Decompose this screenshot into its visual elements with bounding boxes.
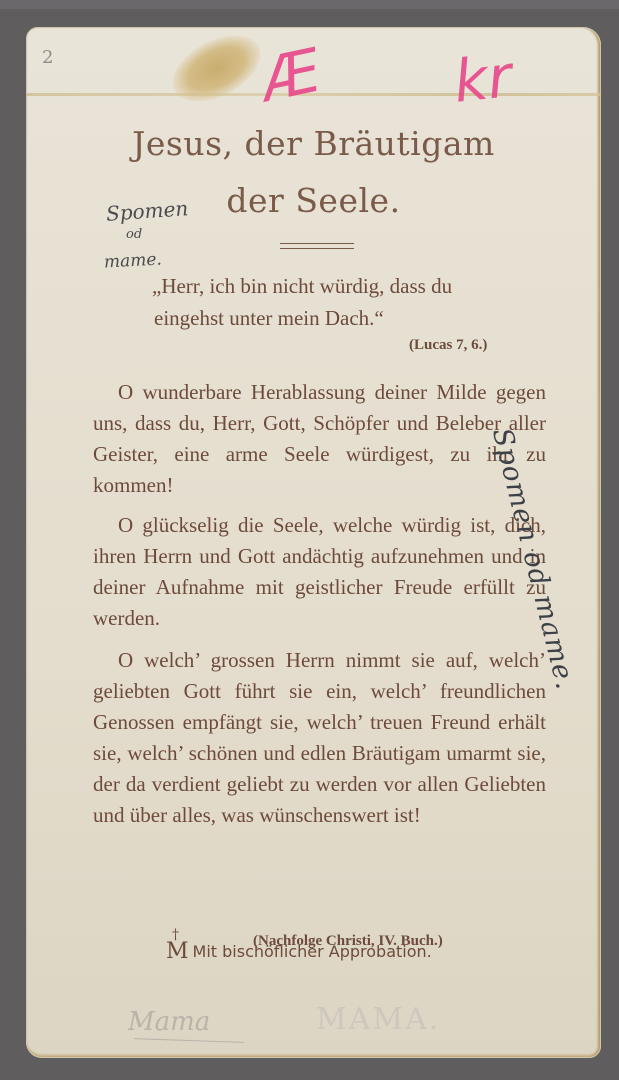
paragraph: O welch’ grossen Herrn nimmt sie auf, we…	[93, 645, 546, 831]
scan-top-band	[0, 0, 619, 9]
paragraph-text: O glückselig die Seele, welche würdig is…	[93, 510, 546, 634]
devotional-card: 2 Æ kr Jesus, der Bräutigam der Seele. S…	[26, 27, 601, 1058]
pencil-note: MAMA.	[316, 1002, 440, 1037]
scripture-quote: „Herr, ich bin nicht würdig, dass du ein…	[152, 270, 552, 334]
paragraph-text: O wunderbare Herablassung deiner Milde g…	[93, 377, 546, 501]
pink-annotation: kr	[451, 42, 515, 116]
pink-annotation: Æ	[254, 36, 326, 117]
pencil-underline	[134, 1038, 244, 1043]
card-title-line-1: Jesus, der Bräutigam	[26, 120, 601, 168]
handwritten-note: od	[126, 227, 142, 242]
quote-reference: (Lucas 7, 6.)	[409, 337, 487, 354]
pencil-note: Mama	[128, 1007, 210, 1037]
water-stain	[162, 22, 272, 115]
title-divider	[280, 243, 354, 249]
paragraph: O wunderbare Herablassung deiner Milde g…	[93, 377, 546, 501]
paragraph: O glückselig die Seele, welche würdig is…	[93, 510, 546, 634]
corner-mark: 2	[42, 47, 53, 68]
cross-icon: †	[172, 927, 179, 943]
quote-line: „Herr, ich bin nicht würdig, dass du	[152, 270, 552, 302]
quote-line: eingehst unter mein Dach.“	[152, 302, 552, 334]
paragraph-text: O welch’ grossen Herrn nimmt sie auf, we…	[93, 645, 546, 831]
approbation-line: † M Mit bischöflicher Approbation.	[166, 939, 432, 964]
monogram-icon: † M	[166, 939, 189, 964]
approbation-text: Mit bischöflicher Approbation.	[193, 942, 432, 961]
